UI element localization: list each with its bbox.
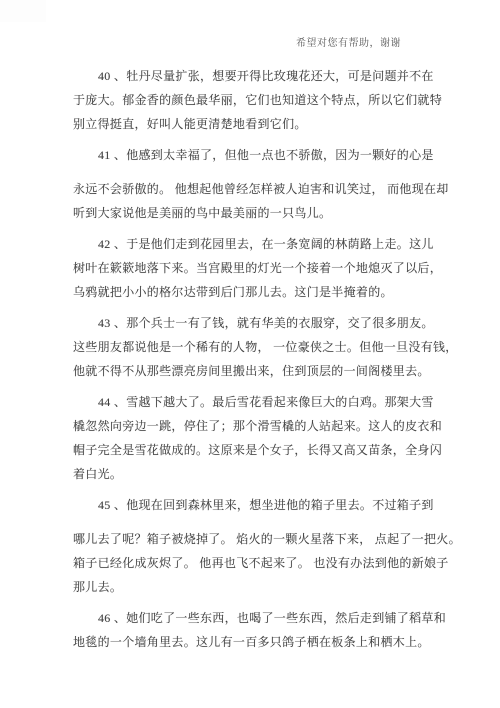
text-line: 那儿去。	[73, 575, 441, 599]
document-page: 希望对您有帮助，谢谢 40 、牡丹尽量扩张，想要开得比玫瑰花还大，可是问题并不在…	[0, 0, 500, 708]
text-line: 箱子已经化成灰烬了。 他再也飞不起来了。 也没有办法到他的新娘子	[73, 551, 441, 575]
text-line: 41 、他感到太幸福了，但他一点也不骄傲，因为一颗好的心是	[73, 143, 441, 167]
text-line: 43 、那个兵士一有了钱，就有华美的衣服穿，交了很多朋友。	[73, 311, 441, 335]
document-body: 40 、牡丹尽量扩张，想要开得比玫瑰花还大，可是问题并不在 于庞大。郁金香的颜色…	[73, 64, 441, 661]
text-line: 着白光。	[73, 462, 441, 486]
text-line: 他就不得不从那些漂亮房间里搬出来，住到顶层的一间阁楼里去。	[73, 359, 441, 383]
text-line: 45 、他现在回到森林里来，想坐进他的箱子里去。不过箱子到	[73, 493, 441, 517]
text-line: 听到大家说他是美丽的鸟中最美丽的一只鸟儿。	[73, 201, 441, 225]
text-line: 永远不会骄傲的。 他想起他曾经怎样被人迫害和讥笑过， 而他现在却	[73, 177, 441, 201]
paragraph-43: 43 、那个兵士一有了钱，就有华美的衣服穿，交了很多朋友。 这些朋友都说他是一个…	[73, 311, 441, 383]
text-line: 这些朋友都说他是一个稀有的人物， 一位豪侠之士。但他一旦没有钱，	[73, 335, 441, 359]
paragraph-42: 42 、于是他们走到花园里去，在一条宽阔的林荫路上走。这儿 树叶在簌簌地落下来。…	[73, 232, 441, 304]
text-line: 帽子完全是雪花做成的。这原来是个女子，长得又高又苗条，全身闪	[73, 438, 441, 462]
text-line: 46 、她们吃了一些东西，也喝了一些东西，然后走到铺了稻草和	[73, 606, 441, 630]
text-line: 别立得挺直，好叫人能更清楚地看到它们。	[73, 112, 441, 136]
header-note: 希望对您有帮助，谢谢	[296, 34, 401, 49]
text-line: 树叶在簌簌地落下来。当宫殿里的灯光一个接着一个地熄灭了以后，	[73, 256, 441, 280]
text-line: 于庞大。郁金香的颜色最华丽，它们也知道这个特点，所以它们就特	[73, 88, 441, 112]
corner-artifact	[0, 0, 46, 22]
paragraph-46: 46 、她们吃了一些东西，也喝了一些东西，然后走到铺了稻草和 地毯的一个墙角里去…	[73, 606, 441, 654]
text-line: 哪儿去了呢？箱子被烧掉了。 焰火的一颗火星落下来， 点起了一把火。	[73, 527, 441, 551]
paragraph-40: 40 、牡丹尽量扩张，想要开得比玫瑰花还大，可是问题并不在 于庞大。郁金香的颜色…	[73, 64, 441, 136]
text-line: 地毯的一个墙角里去。这儿有一百多只鸽子栖在板条上和栖木上。	[73, 630, 441, 654]
paragraph-41: 41 、他感到太幸福了，但他一点也不骄傲，因为一颗好的心是 永远不会骄傲的。 他…	[73, 143, 441, 225]
text-line: 橇忽然向旁边一跳，停住了；那个滑雪橇的人站起来。这人的皮衣和	[73, 414, 441, 438]
text-line: 44 、雪越下越大了。最后雪花看起来像巨大的白鸡。那架大雪	[73, 390, 441, 414]
text-line: 乌鸦就把小小的格尔达带到后门那儿去。这门是半掩着的。	[73, 280, 441, 304]
text-line: 42 、于是他们走到花园里去，在一条宽阔的林荫路上走。这儿	[73, 232, 441, 256]
paragraph-45: 45 、他现在回到森林里来，想坐进他的箱子里去。不过箱子到 哪儿去了呢？箱子被烧…	[73, 493, 441, 599]
paragraph-44: 44 、雪越下越大了。最后雪花看起来像巨大的白鸡。那架大雪 橇忽然向旁边一跳，停…	[73, 390, 441, 486]
text-line: 40 、牡丹尽量扩张，想要开得比玫瑰花还大，可是问题并不在	[73, 64, 441, 88]
